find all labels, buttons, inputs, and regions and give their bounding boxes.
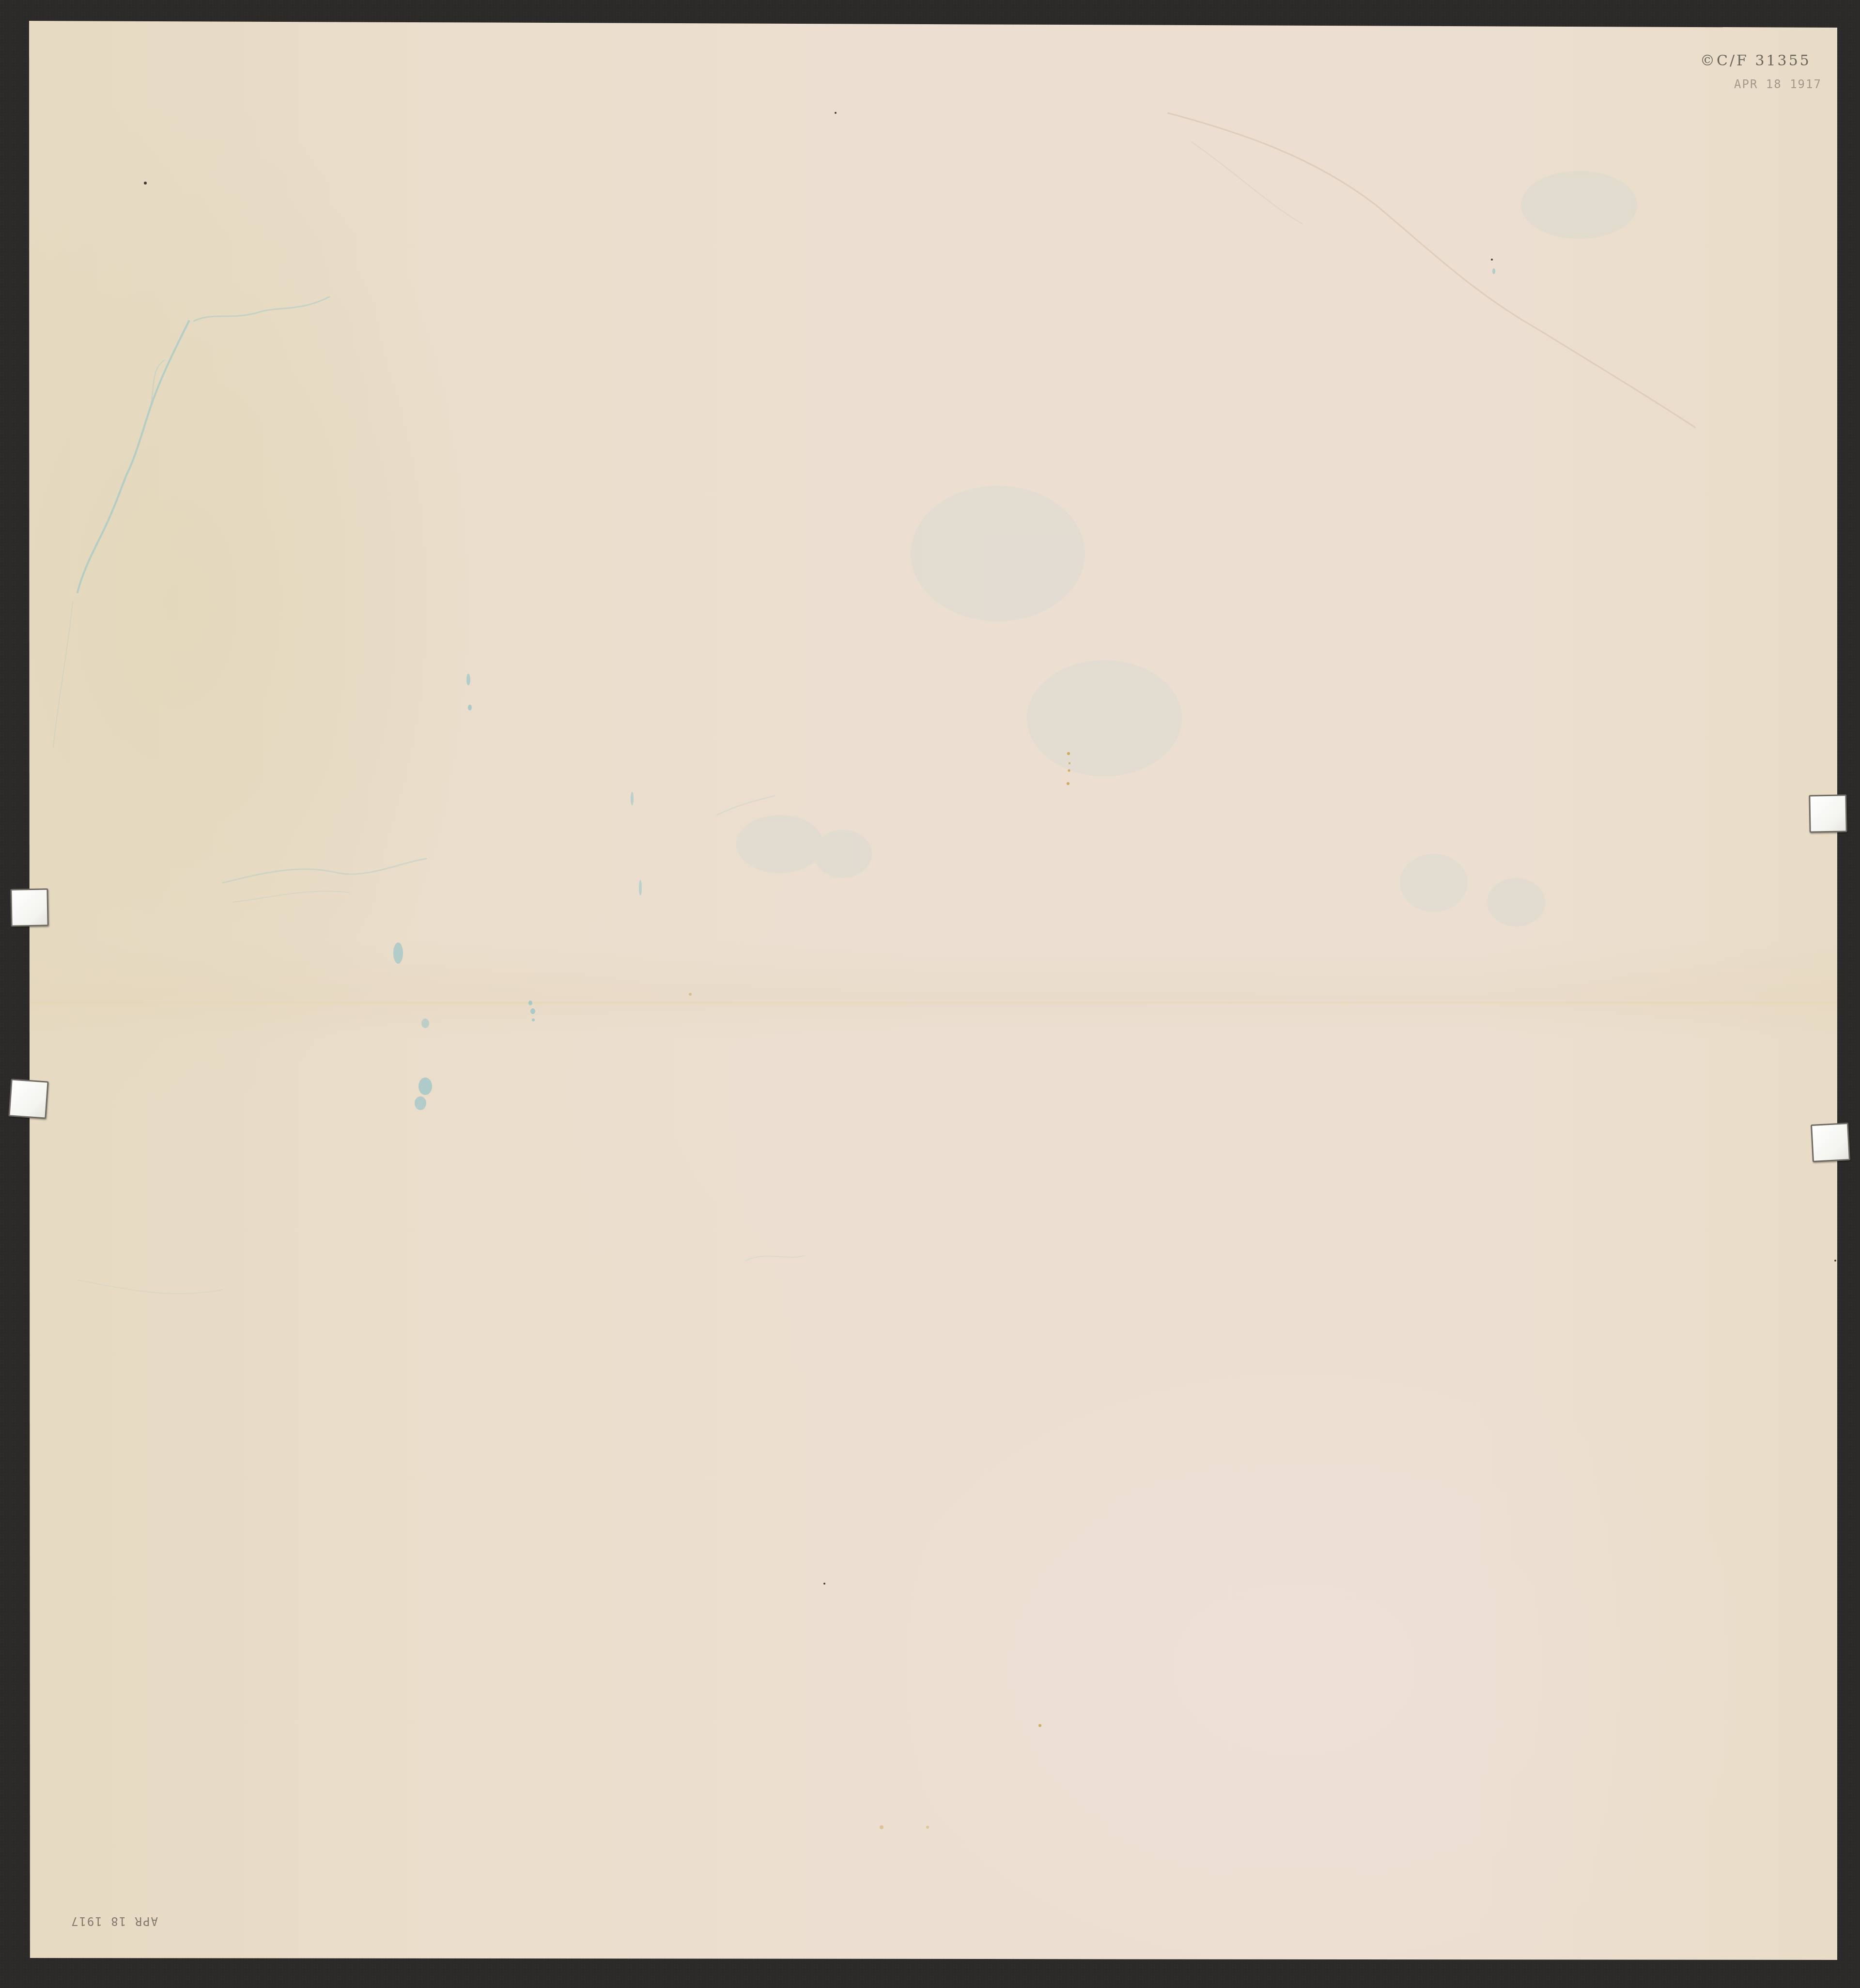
mount-tab-left-upper — [10, 888, 48, 926]
mount-tab-left-lower — [8, 1079, 48, 1119]
fold-shadow — [29, 941, 1837, 1038]
blue-wash-patches — [736, 171, 1637, 926]
received-date-stamp-bottom-inverted: APR 18 1917 — [70, 1914, 158, 1928]
dark-specks — [144, 112, 1836, 1585]
mount-tab-right-upper — [1809, 794, 1847, 832]
copyright-stamp: ©C/F 31355 — [1700, 52, 1811, 69]
received-date-stamp-top: APR 18 1917 — [1734, 77, 1822, 91]
foxing-spots — [689, 752, 1070, 1829]
horizontal-fold-line — [29, 1002, 1837, 1004]
coastline-showthrough-icon — [53, 297, 804, 1294]
paper-sheet: ©C/F 31355 APR 18 1917 APR 18 1917 — [29, 21, 1837, 1960]
mount-tab-right-lower — [1811, 1123, 1850, 1162]
